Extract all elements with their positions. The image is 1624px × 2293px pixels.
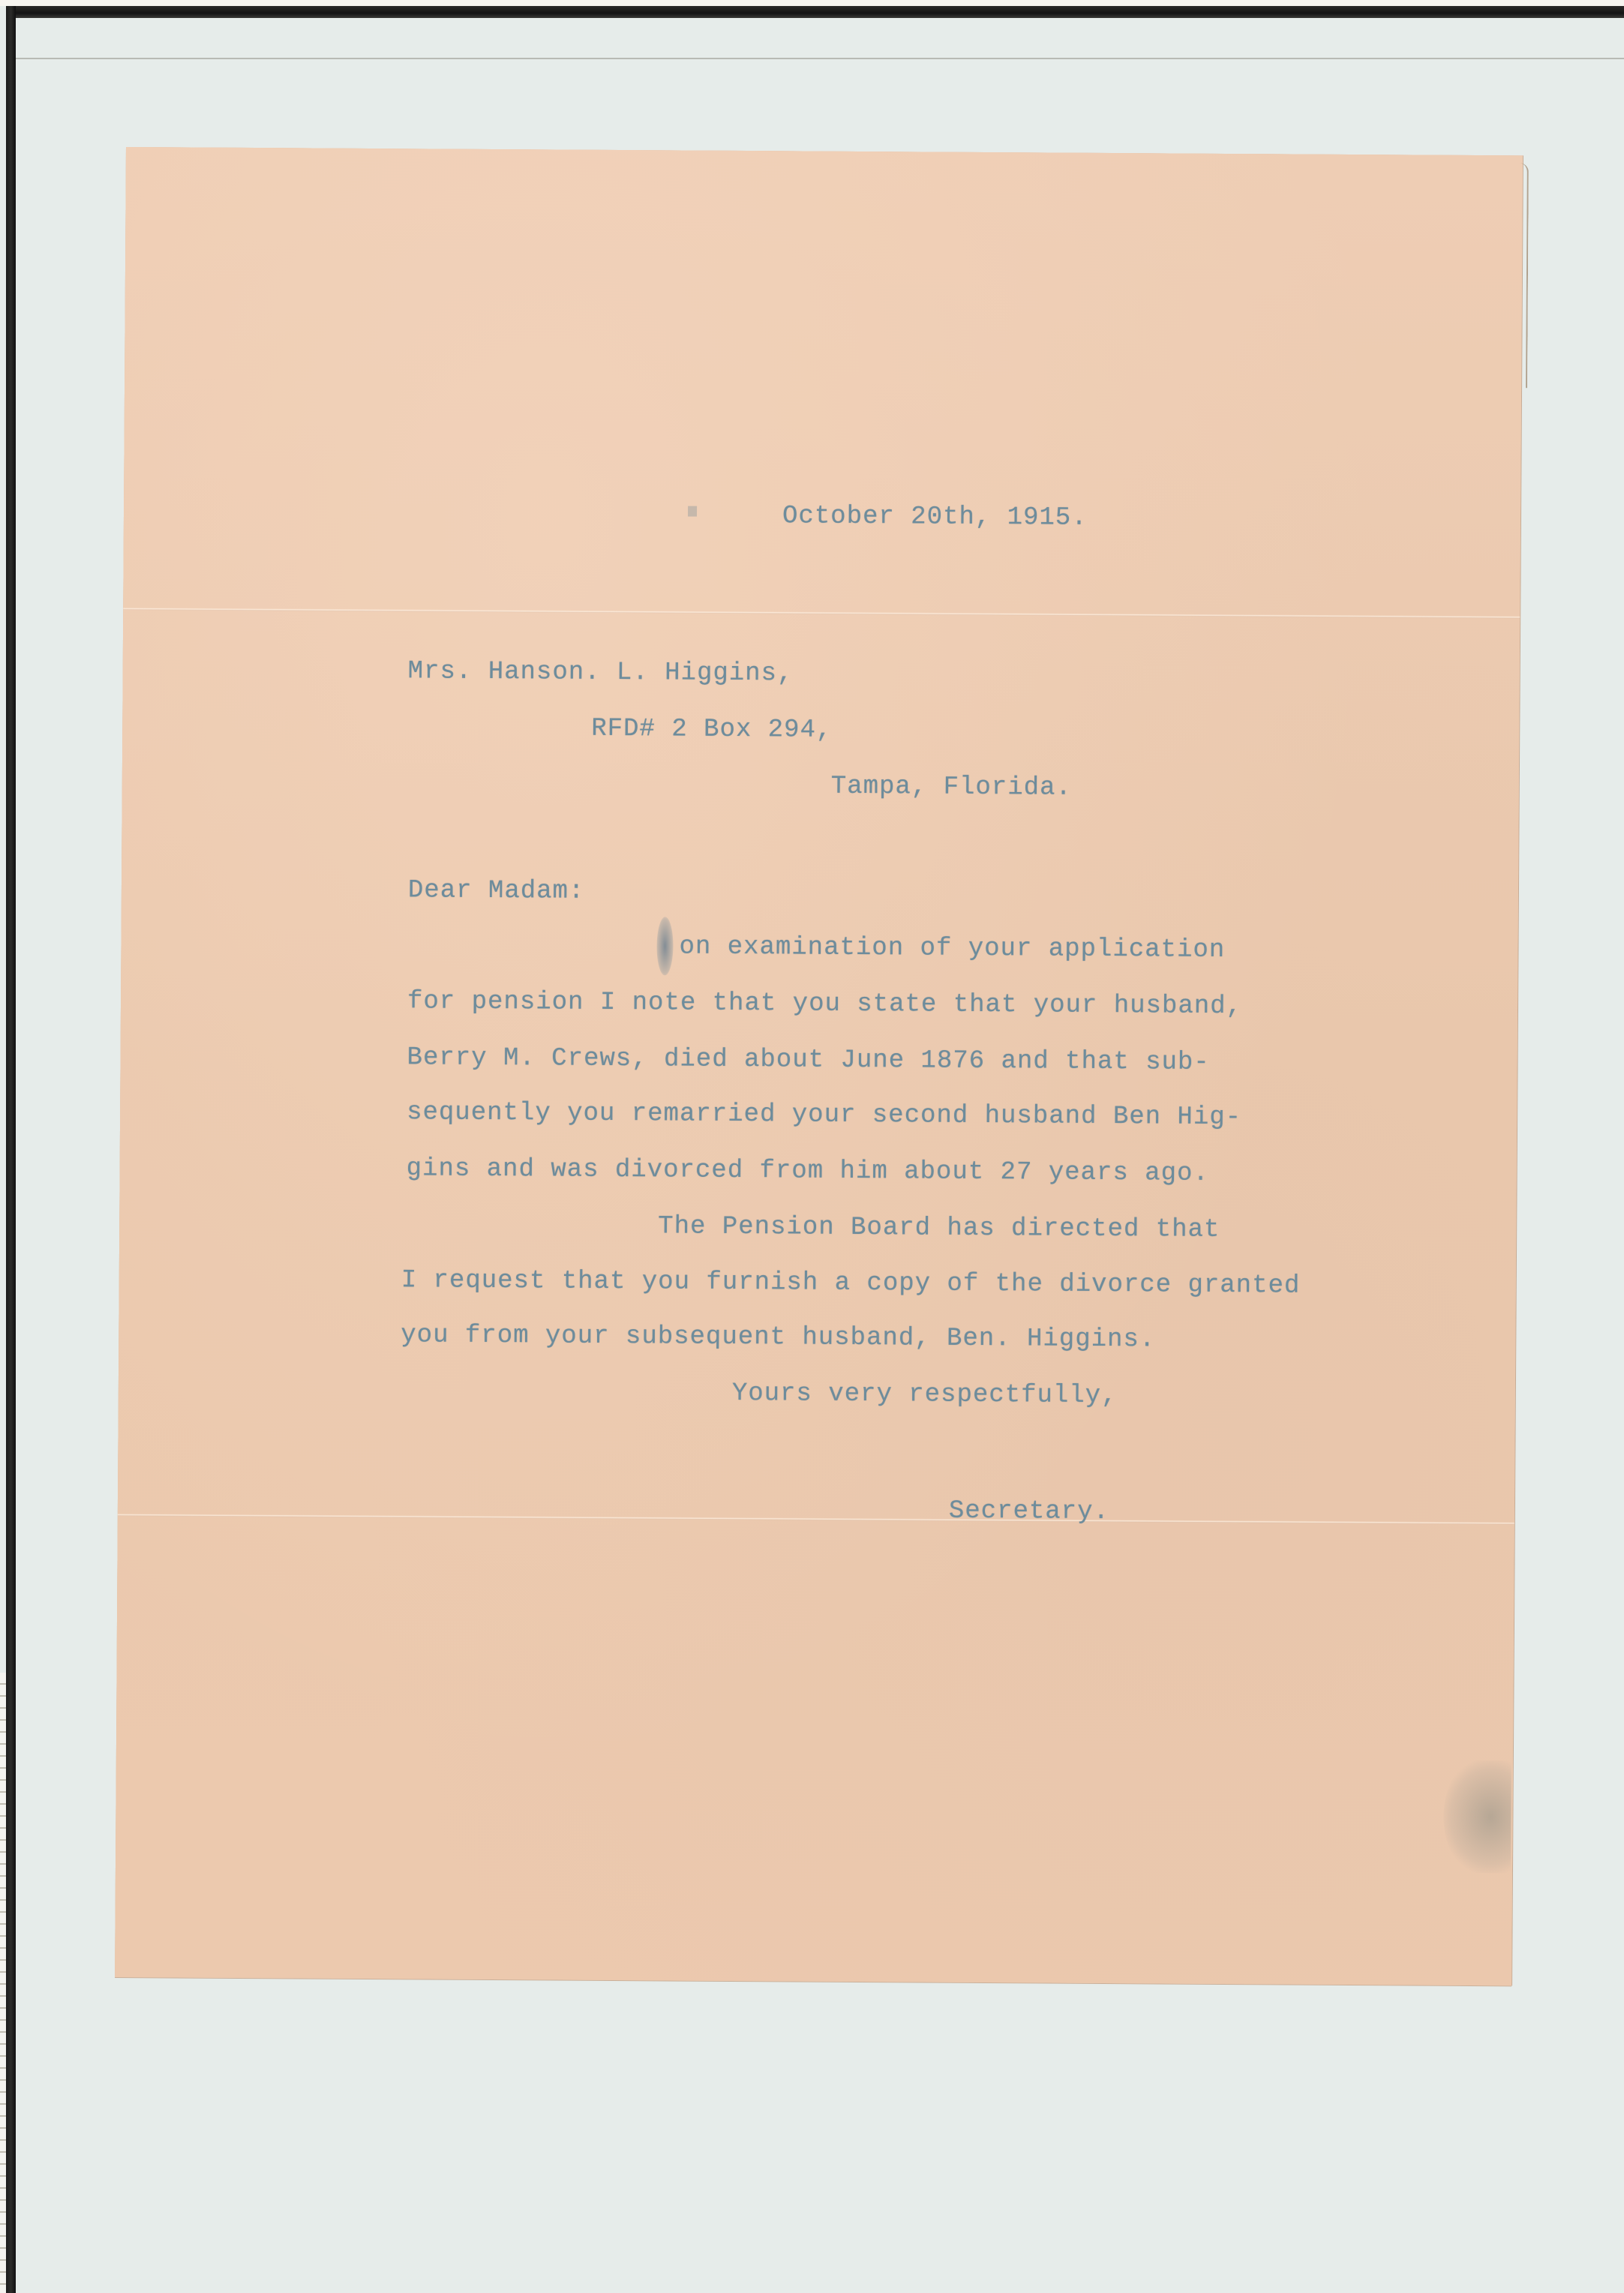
body-line: gins and was divorced from him about 27 …: [407, 1156, 1209, 1187]
paper-torn-edge: [1518, 163, 1529, 388]
letter-date: October 20th, 1915.: [782, 503, 1088, 530]
scanner-frame-left: [6, 6, 16, 2293]
body-line: you from your subsequent husband, Ben. H…: [401, 1322, 1155, 1352]
fold-line: [123, 608, 1520, 618]
faint-mark: [688, 506, 697, 517]
scanner-glass-edge: [16, 58, 1624, 59]
recipient-name: Mrs. Hanson. L. Higgins,: [408, 659, 794, 686]
recipient-address: RFD# 2 Box 294,: [591, 716, 832, 743]
body-line: sequently you remarried your second husb…: [407, 1100, 1241, 1130]
salutation: Dear Madam:: [408, 878, 585, 904]
scan-edge-noise: [0, 1673, 6, 2293]
recipient-city-state: Tampa, Florida.: [831, 774, 1072, 801]
thumb-smudge: [1443, 1760, 1511, 1874]
scan-top-strip: [0, 0, 1624, 6]
letter-page: October 20th, 1915. Mrs. Hanson. L. Higg…: [115, 147, 1523, 1985]
body-line: Berry M. Crews, died about June 1876 and…: [407, 1045, 1209, 1076]
scanner-frame-top: [6, 6, 1624, 18]
body-line: I request that you furnish a copy of the…: [401, 1268, 1301, 1298]
fold-line: [118, 1514, 1514, 1524]
body-line: on examination of your application: [679, 935, 1225, 963]
signature-title: Secretary.: [949, 1499, 1109, 1525]
body-line: for pension I note that you state that y…: [407, 989, 1242, 1019]
closing: Yours very respectfully,: [732, 1381, 1118, 1409]
ink-blot: [656, 917, 673, 975]
body-line: The Pension Board has directed that: [658, 1214, 1220, 1243]
